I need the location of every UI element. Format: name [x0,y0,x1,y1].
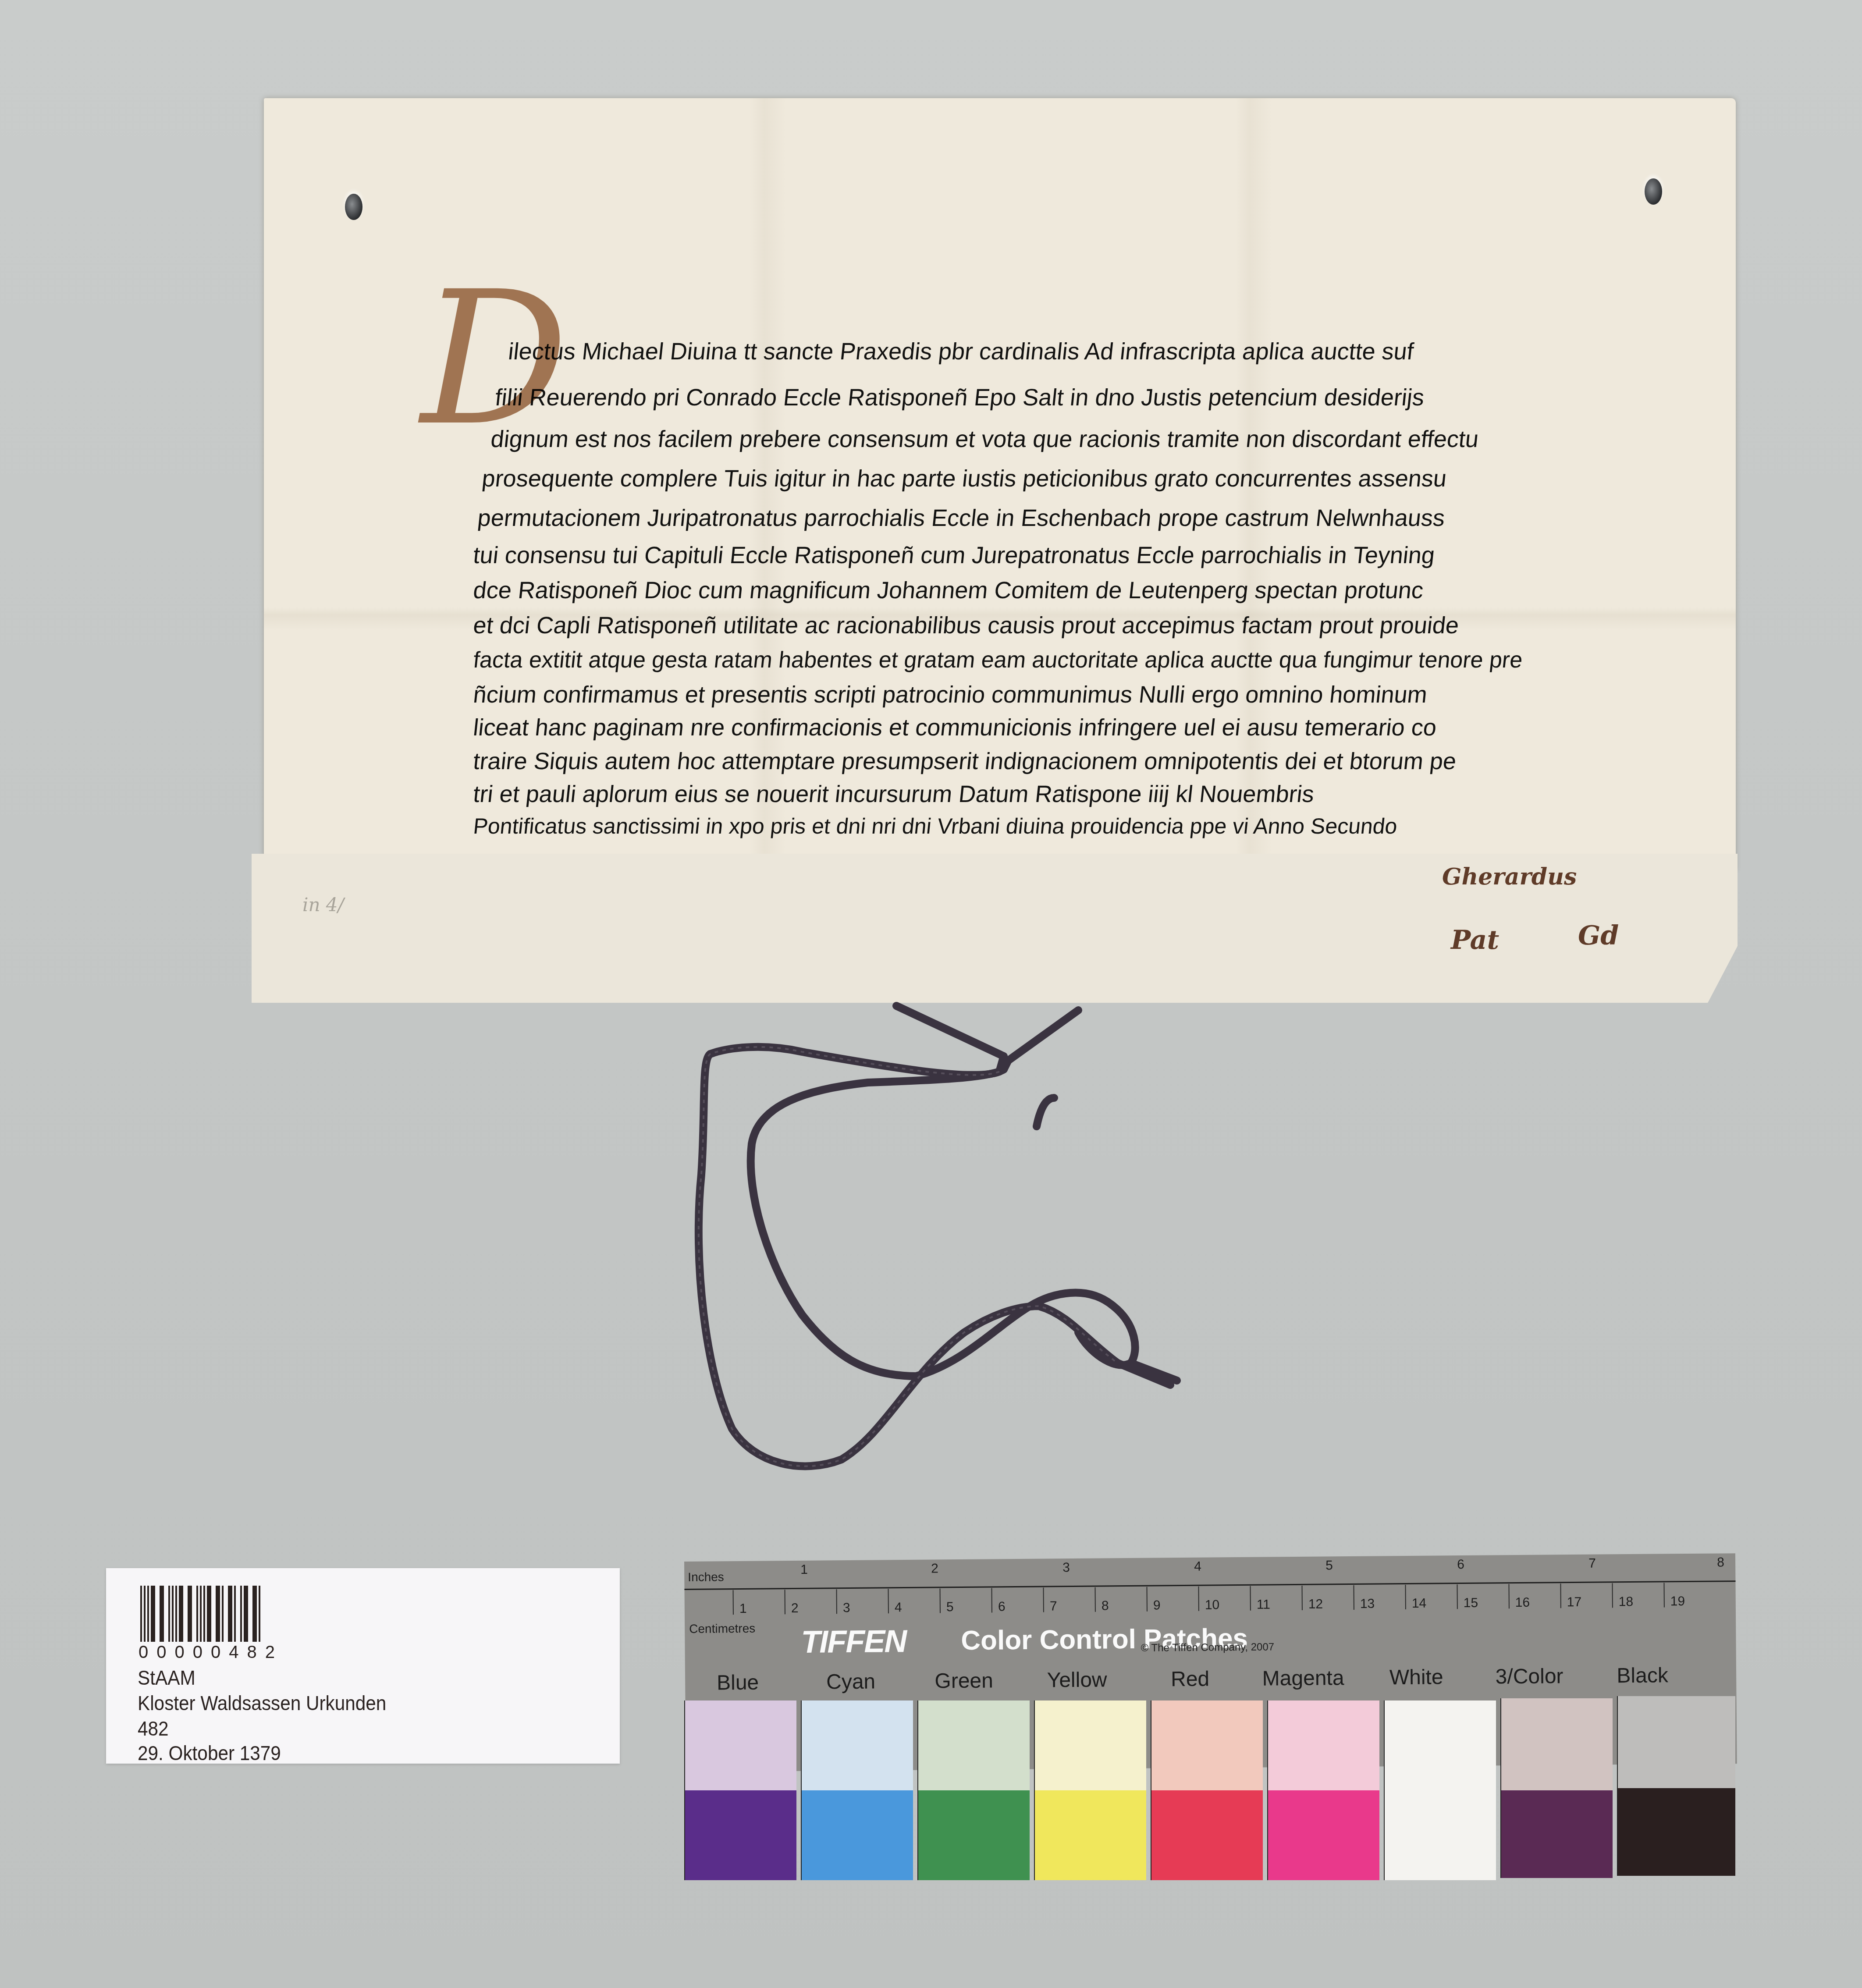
cm-mark: 11 [1257,1597,1270,1612]
document-date: 29. Oktober 1379 [138,1741,281,1765]
cm-mark: 19 [1670,1594,1685,1609]
cm-mark: 14 [1412,1596,1427,1611]
cm-mark: 3 [843,1601,850,1615]
patch-red-light [1151,1700,1263,1790]
card-copyright: © The Tiffen Company, 2007 [1141,1641,1274,1654]
patch-3color-light [1500,1698,1613,1790]
cm-mark: 13 [1360,1597,1375,1612]
archive-name: StAAM [138,1665,195,1690]
cm-mark: 10 [1205,1597,1220,1612]
patch-yellow-light [1034,1700,1146,1790]
inch-mark: 4 [1194,1559,1201,1574]
text-line: filii Reuerendo pri Conrado Eccle Ratisp… [494,386,1425,409]
barcode [140,1586,262,1642]
color-patches [684,1700,1735,1885]
registry-mark: Gd [1578,920,1619,951]
patch-yellow-dark [1034,1790,1146,1880]
cm-mark: 7 [1050,1599,1057,1614]
document-number: 482 [138,1716,169,1740]
cm-mark: 5 [946,1600,954,1615]
tiffen-logo: TIFFEN [801,1623,906,1660]
inch-mark: 3 [1062,1560,1070,1575]
patch-label-green: Green [908,1668,1020,1693]
inch-mark: 5 [1325,1558,1333,1573]
seal-cord-icon [657,999,1227,1481]
inch-mark: 2 [931,1561,938,1576]
patch-white [1384,1700,1496,1880]
patch-magenta-dark [1267,1790,1379,1880]
punch-hole-left [345,194,362,220]
patch-label-blue: Blue [682,1670,794,1695]
patch-green-light [917,1700,1030,1790]
patch-blue-dark [684,1790,796,1880]
cm-mark: 1 [739,1601,747,1616]
patch-magenta-light [1267,1700,1379,1790]
text-line: tri et pauli aplorum eius se nouerit inc… [472,782,1315,806]
patch-label-3color: 3/Color [1473,1664,1585,1689]
cm-mark: 12 [1308,1597,1323,1612]
patch-label-black: Black [1586,1663,1699,1688]
text-line: prosequente complere Tuis igitur in hac … [481,467,1448,490]
inch-mark: 6 [1457,1557,1464,1572]
patch-label-yellow: Yellow [1021,1668,1133,1693]
patch-label-white: White [1360,1665,1472,1690]
patch-blue-light [684,1700,796,1790]
text-line: et dci Capli Ratisponeñ utilitate ac rac… [472,614,1460,637]
barcode-number: 00000482 [139,1643,283,1662]
text-line: ilectus Michael Diuina tt sancte Praxedi… [507,340,1415,363]
cm-mark: 17 [1567,1595,1582,1610]
text-line: ñcium confirmamus et presentis scripti p… [472,683,1428,706]
patch-label-magenta: Magenta [1247,1666,1359,1691]
cm-mark: 15 [1464,1596,1478,1611]
ruler-divider [684,1580,1735,1590]
inch-mark: 8 [1717,1555,1724,1570]
cm-mark: 8 [1102,1598,1109,1613]
cm-mark: 2 [791,1601,799,1616]
patch-label-cyan: Cyan [795,1669,907,1694]
text-line: permutacionem Juripatronatus parrochiali… [476,506,1446,530]
collection-name: Kloster Waldsassen Urkunden [138,1691,386,1715]
text-line: dce Ratisponeñ Dioc cum magnificum Johan… [472,579,1425,602]
patch-black-dark [1617,1788,1735,1876]
registry-mark: Pat [1451,925,1499,955]
punch-hole-right [1645,178,1662,205]
patch-cyan-light [801,1700,913,1790]
inch-mark: 7 [1588,1556,1596,1571]
patch-red-dark [1151,1790,1263,1880]
patch-black-light [1617,1696,1735,1788]
cm-mark: 6 [998,1599,1006,1614]
cm-mark: 9 [1153,1598,1161,1613]
patch-cyan-dark [801,1790,913,1880]
patch-3color-dark [1500,1790,1613,1878]
text-line: tui consensu tui Capituli Eccle Ratispon… [472,543,1436,567]
patch-label-red: Red [1134,1667,1246,1692]
text-line: dignum est nos facilem prebere consensum… [490,427,1480,451]
text-line: liceat hanc paginam nre confirmacionis e… [472,716,1438,739]
text-line: traire Siquis autem hoc attemptare presu… [472,749,1457,773]
text-line: Pontificatus sanctissimi in xpo pris et … [472,815,1398,837]
centimetres-label: Centimetres [689,1622,755,1636]
scribe-signature: Gherardus [1442,863,1577,890]
inch-mark: 1 [800,1562,808,1577]
archive-label: 00000482 StAAM Kloster Waldsassen Urkund… [106,1568,620,1764]
pencil-note: in 4/ [302,894,344,916]
cm-mark: 16 [1515,1595,1530,1610]
inches-label: Inches [688,1570,724,1584]
cm-mark: 4 [895,1600,902,1615]
patch-green-dark [917,1790,1030,1880]
text-line: facta extitit atque gesta ratam habentes… [472,649,1524,671]
cm-mark: 18 [1619,1594,1634,1609]
